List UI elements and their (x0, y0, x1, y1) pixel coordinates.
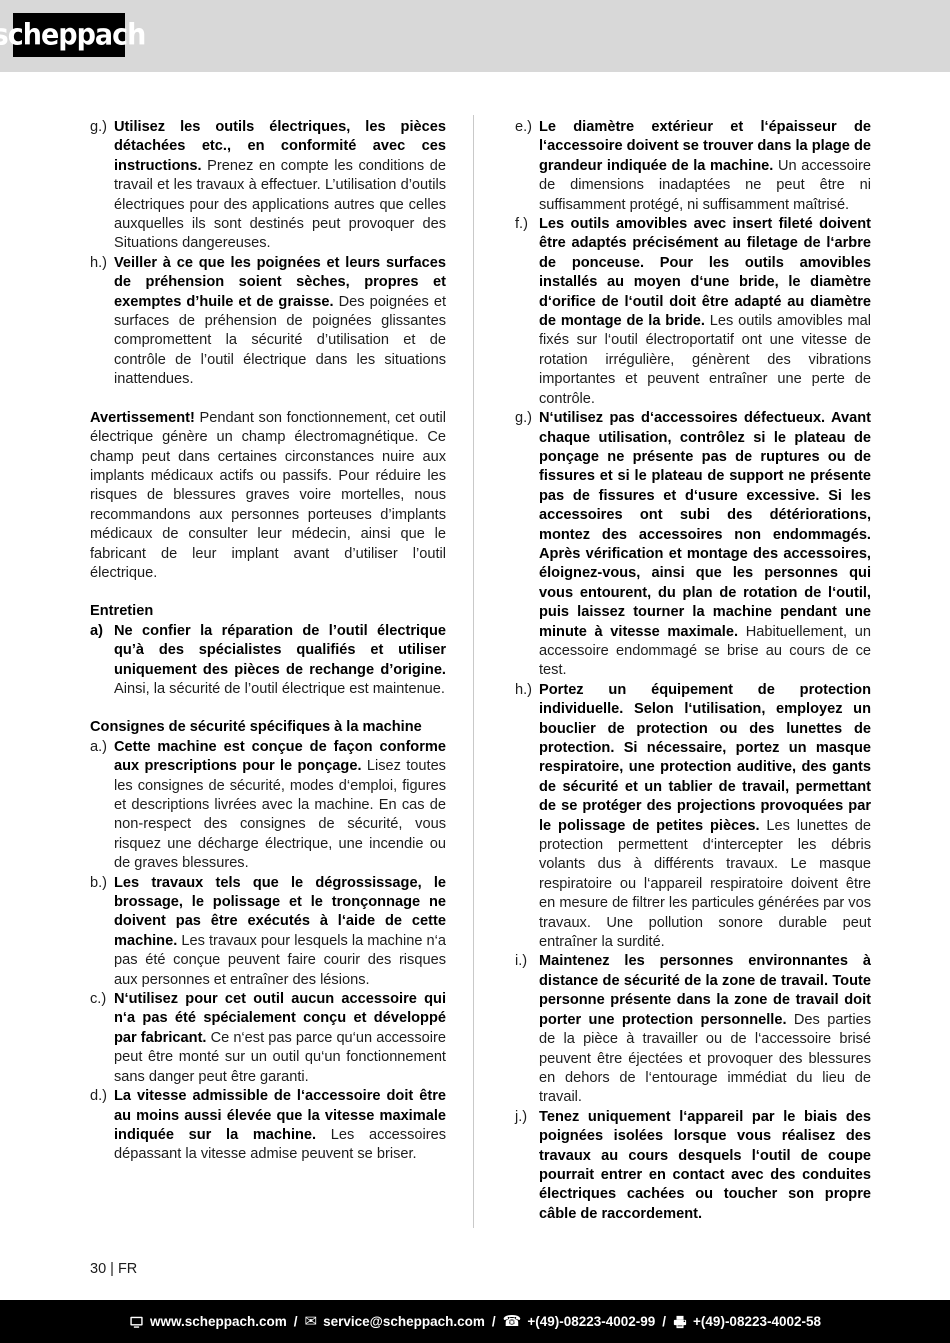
list-marker: j.) (515, 1108, 539, 1224)
maintenance-list: a) Ne confier la réparation de l’outil é… (90, 622, 446, 700)
email-icon: ✉ (305, 1314, 318, 1329)
computer-icon (129, 1315, 144, 1329)
email-item: ✉ service@scheppach.com (305, 1314, 485, 1329)
phone-text: +(49)-08223-4002-99 (527, 1314, 655, 1329)
list-item-g: g.) Utilisez les outils électriques, les… (90, 118, 446, 254)
footer-separator: / (294, 1314, 298, 1329)
list-item-e: e.) Le diamètre extérieur et l‘épaisseur… (515, 118, 871, 215)
manual-page: { "header": { "logo_text": "scheppach" }… (0, 0, 950, 1343)
left-column: g.) Utilisez les outils électriques, les… (90, 118, 446, 1165)
list-item-text: Utilisez les outils électriques, les piè… (114, 118, 446, 254)
scheppach-logo-text: scheppach (0, 18, 145, 51)
list-item-h2: h.) Portez un équipement de protection i… (515, 681, 871, 953)
list-item-a: a.) Cette machine est conçue de façon co… (90, 738, 446, 874)
list-item-j: j.) Tenez uniquement l‘appareil par le b… (515, 1108, 871, 1224)
list-marker: a.) (90, 738, 114, 874)
website-text: www.scheppach.com (150, 1314, 287, 1329)
list-item-text: Portez un équipement de protection indiv… (539, 681, 871, 953)
list-item-i: i.) Maintenez les personnes environnante… (515, 952, 871, 1107)
list-item-text: La vitesse admissible de l‘accessoire do… (114, 1087, 446, 1165)
machine-safety-list-continued: e.) Le diamètre extérieur et l‘épaisseur… (515, 118, 871, 1224)
list-item-text: N‘utilisez pas d‘accessoires défectueux.… (539, 409, 871, 681)
list-marker: d.) (90, 1087, 114, 1165)
list-item-d: d.) La vitesse admissible de l‘accessoir… (90, 1087, 446, 1165)
warning-paragraph: Avertissement! Pendant son fonctionnemen… (90, 409, 446, 584)
maintenance-heading: Entretien (90, 602, 446, 621)
scheppach-logo: scheppach (13, 13, 125, 57)
list-item-text: N‘utilisez pour cet outil aucun accessoi… (114, 990, 446, 1087)
list-item-a-maintenance: a) Ne confier la réparation de l’outil é… (90, 622, 446, 700)
list-item-f: f.) Les outils amovibles avec insert fil… (515, 215, 871, 409)
fax-icon (673, 1315, 687, 1329)
right-column: e.) Le diamètre extérieur et l‘épaisseur… (515, 118, 871, 1224)
list-marker: b.) (90, 874, 114, 990)
list-item-g2: g.) N‘utilisez pas d‘accessoires défectu… (515, 409, 871, 681)
email-text: service@scheppach.com (323, 1314, 485, 1329)
footer-separator: / (492, 1314, 496, 1329)
page-number: 30 | FR (90, 1261, 137, 1277)
list-marker: h.) (515, 681, 539, 953)
list-item-c: c.) N‘utilisez pour cet outil aucun acce… (90, 990, 446, 1087)
footer-separator: / (662, 1314, 666, 1329)
list-marker: c.) (90, 990, 114, 1087)
page-header: scheppach (0, 0, 950, 72)
website-item: www.scheppach.com (129, 1314, 287, 1329)
list-marker: i.) (515, 952, 539, 1107)
phone-icon: ☎ (503, 1314, 522, 1329)
list-marker: g.) (90, 118, 114, 254)
list-marker: e.) (515, 118, 539, 215)
fax-text: +(49)-08223-4002-58 (693, 1314, 821, 1329)
list-marker: g.) (515, 409, 539, 681)
list-marker: f.) (515, 215, 539, 409)
list-item-text: Les outils amovibles avec insert fileté … (539, 215, 871, 409)
list-item-b: b.) Les travaux tels que le dégrossissag… (90, 874, 446, 990)
list-item-text: Ne confier la réparation de l’outil élec… (114, 622, 446, 700)
list-item-text: Le diamètre extérieur et l‘épaisseur de … (539, 118, 871, 215)
list-item-h: h.) Veiller à ce que les poignées et leu… (90, 254, 446, 390)
list-item-text: Tenez uniquement l‘appareil par le biais… (539, 1108, 871, 1224)
machine-safety-heading: Consignes de sécurité spécifiques à la m… (90, 718, 446, 737)
phone-item: ☎ +(49)-08223-4002-99 (503, 1314, 656, 1329)
list-item-text: Maintenez les personnes environnantes à … (539, 952, 871, 1107)
fax-item: +(49)-08223-4002-58 (673, 1314, 821, 1329)
list-item-text: Cette machine est conçue de façon confor… (114, 738, 446, 874)
column-divider (473, 115, 474, 1228)
general-safety-list: g.) Utilisez les outils électriques, les… (90, 118, 446, 390)
footer-contact-bar: www.scheppach.com / ✉ service@scheppach.… (0, 1300, 950, 1343)
warning-title: Avertissement! (90, 410, 195, 426)
machine-safety-list: a.) Cette machine est conçue de façon co… (90, 738, 446, 1165)
list-item-text: Les travaux tels que le dégrossissage, l… (114, 874, 446, 990)
list-marker: a) (90, 622, 114, 700)
list-marker: h.) (90, 254, 114, 390)
list-item-text: Veiller à ce que les poignées et leurs s… (114, 254, 446, 390)
